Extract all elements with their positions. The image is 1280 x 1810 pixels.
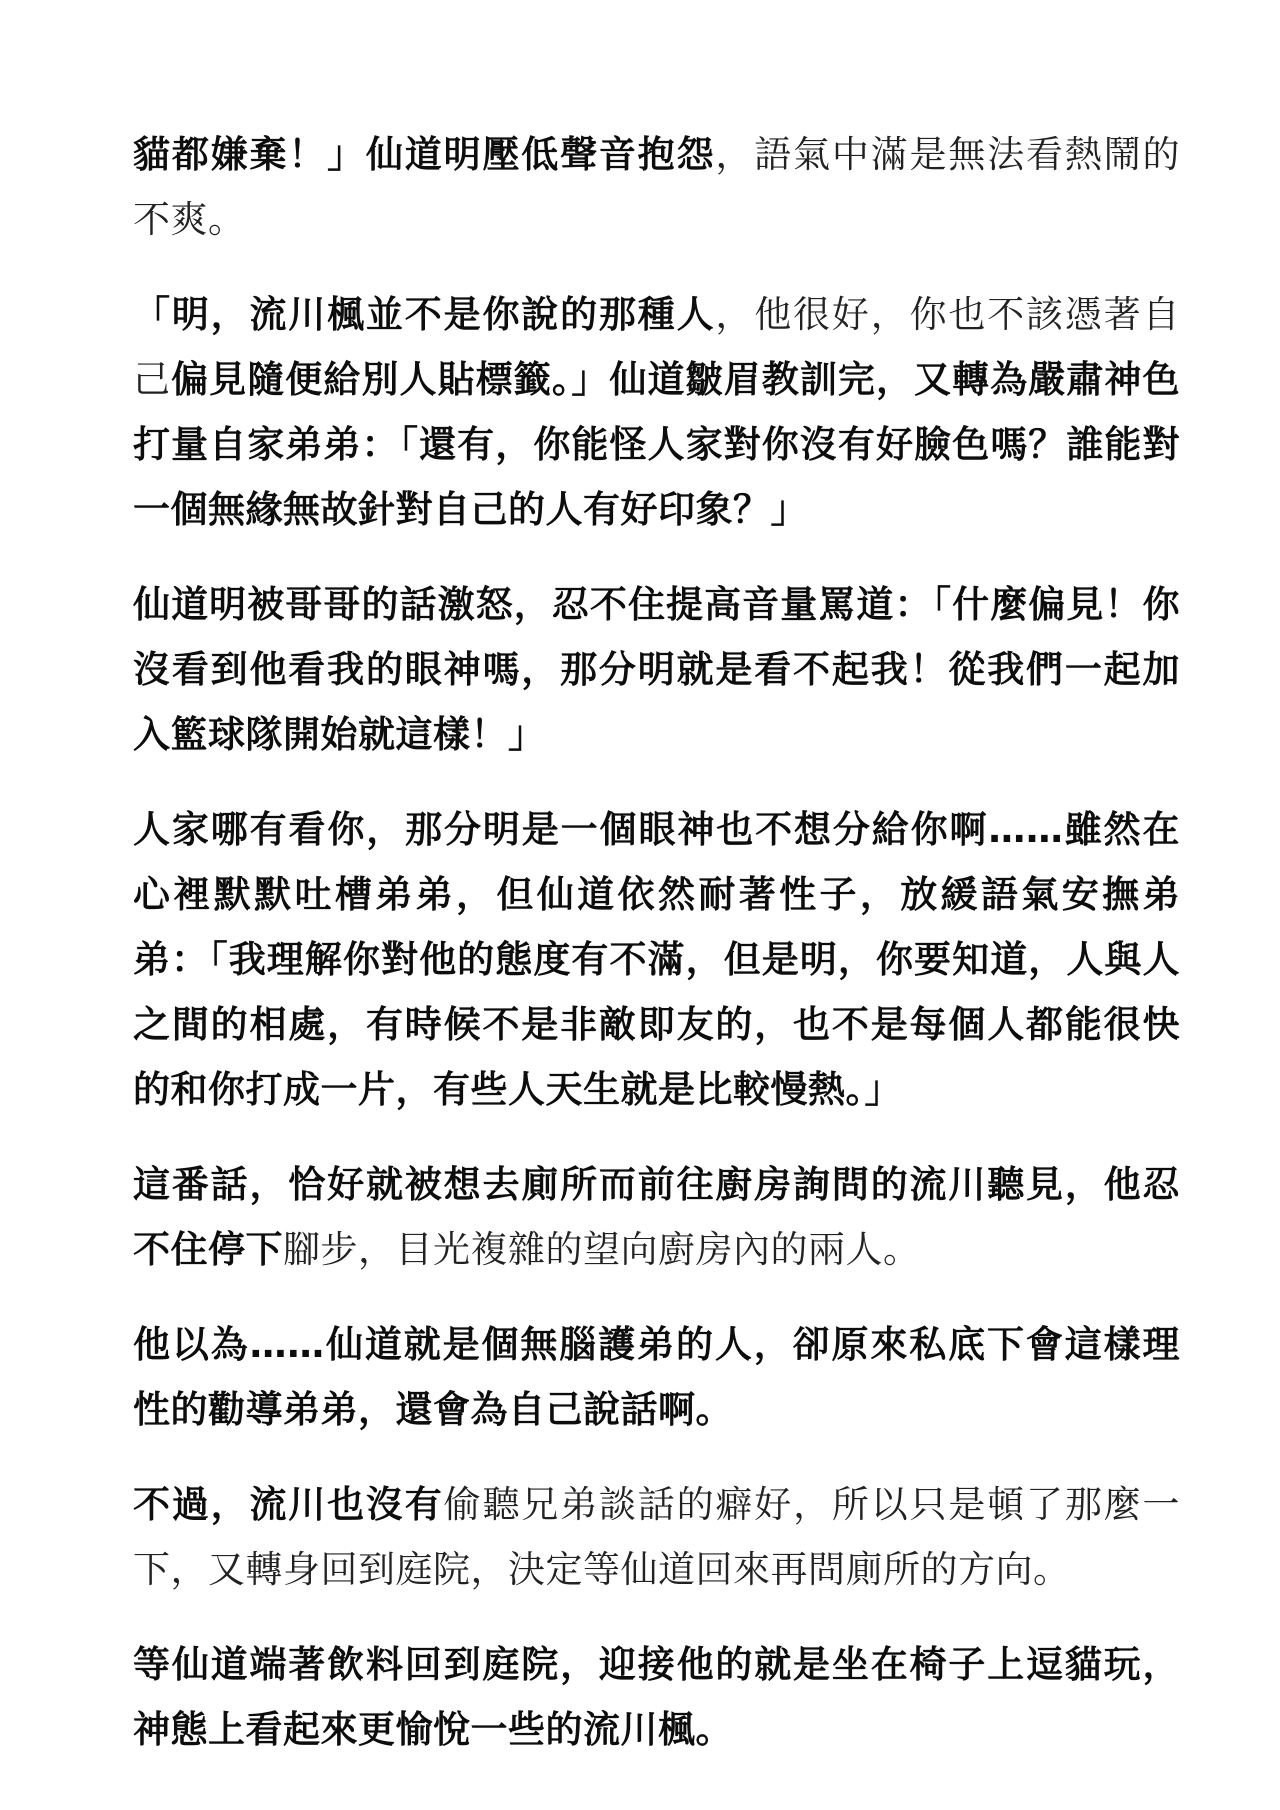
text-segment: 人家哪有看你，那分明是一個眼神也不想分給你啊……雖然在心裡默默吐槽弟弟，但仙道依… [133,808,1180,1111]
story-text-block: 貓都嫌棄！」仙道明壓低聲音抱怨，語氣中滿是無法看熱鬧的不爽。「明，流川楓並不是你… [133,122,1180,1762]
paragraph: 人家哪有看你，那分明是一個眼神也不想分給你啊……雖然在心裡默默吐槽弟弟，但仙道依… [133,797,1180,1122]
paragraph: 貓都嫌棄！」仙道明壓低聲音抱怨，語氣中滿是無法看熱鬧的不爽。 [133,122,1180,252]
text-segment: 腳步，目光複雜的望向廚房內的兩人。 [283,1228,921,1271]
paragraph: 等仙道端著飲料回到庭院，迎接他的就是坐在椅子上逗貓玩，神態上看起來更愉悅一些的流… [133,1632,1180,1762]
text-segment: 貓都嫌棄！」仙道明壓低聲音抱怨 [133,133,715,176]
paragraph: 仙道明被哥哥的話激怒，忍不住提高音量罵道：「什麼偏見！你沒看到他看我的眼神嗎，那… [133,572,1180,767]
document-page: 貓都嫌棄！」仙道明壓低聲音抱怨，語氣中滿是無法看熱鬧的不爽。「明，流川楓並不是你… [0,0,1280,1810]
paragraph: 「明，流川楓並不是你說的那種人，他很好，你也不該憑著自己偏見隨便給別人貼標籤。」… [133,282,1180,542]
text-segment: 等仙道端著飲料回到庭院，迎接他的就是坐在椅子上逗貓玩，神態上看起來更愉悅一些的流… [133,1643,1180,1751]
text-segment: 「明，流川楓並不是你說的那種人 [133,293,715,336]
text-segment: 仙道明被哥哥的話激怒，忍不住提高音量罵道：「什麼偏見！你沒看到他看我的眼神嗎，那… [133,583,1180,756]
text-segment: 他以為……仙道就是個無腦護弟的人，卻原來私底下會這樣理性的勸導弟弟，還會為自己說… [133,1323,1180,1431]
paragraph: 不過，流川也沒有偷聽兄弟談話的癖好，所以只是頓了那麼一下，又轉身回到庭院，決定等… [133,1472,1180,1602]
text-segment: 不過，流川也沒有 [133,1483,444,1526]
paragraph: 他以為……仙道就是個無腦護弟的人，卻原來私底下會這樣理性的勸導弟弟，還會為自己說… [133,1312,1180,1442]
text-segment: 偏見隨便給別人貼標籤。」仙道皺眉教訓完，又轉為嚴肅神色打量自家弟弟：「還有，你能… [133,358,1180,531]
paragraph: 這番話，恰好就被想去廁所而前往廚房詢問的流川聽見，他忍不住停下腳步，目光複雜的望… [133,1152,1180,1282]
